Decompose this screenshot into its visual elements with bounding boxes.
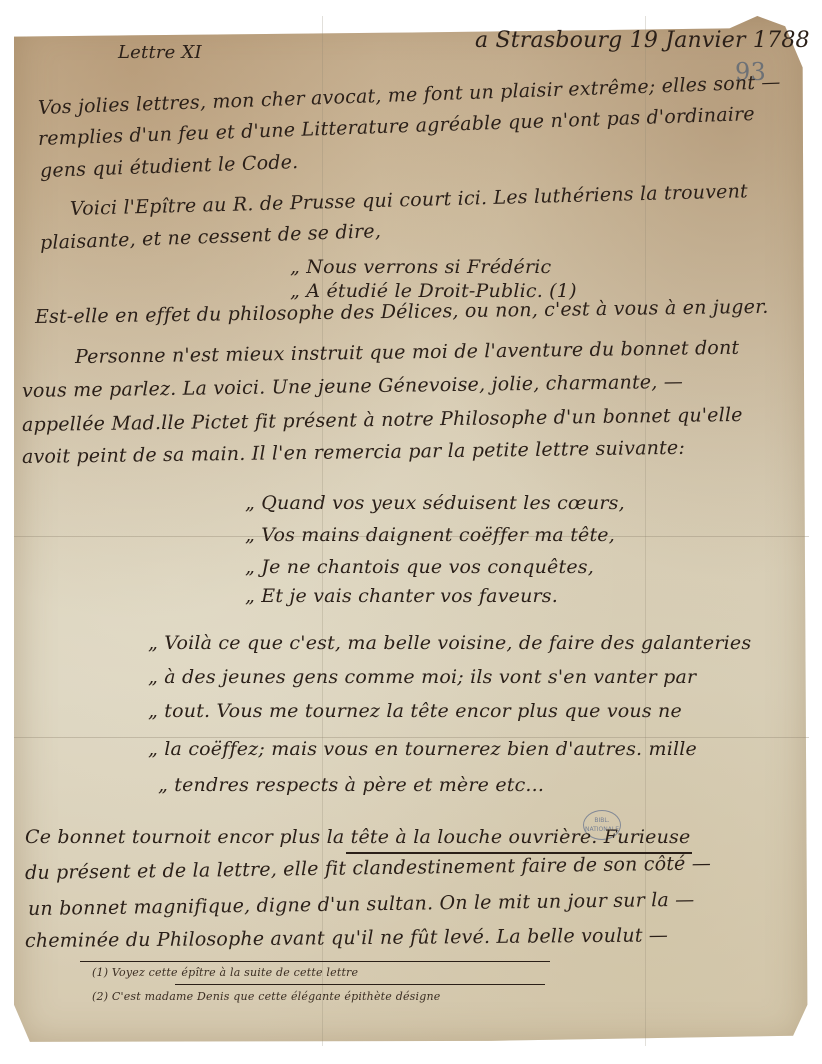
stamp-text: BIBL. bbox=[584, 816, 620, 825]
footnote: (2) C'est madame Denis que cette élégant… bbox=[92, 990, 440, 1003]
poem-line: „ Vos mains daignent coëffer ma tête, bbox=[245, 524, 615, 546]
place-date: a Strasbourg 19 Janvier 1788 bbox=[475, 28, 810, 53]
poem-line: „ Je ne chantois que vos conquêtes, bbox=[245, 556, 594, 578]
quoted-line: „ tendres respects à père et mère etc... bbox=[158, 774, 544, 796]
text-line: Ce bonnet tournoit encor plus la tête à … bbox=[25, 826, 690, 848]
poem-line: „ Quand vos yeux séduisent les cœurs, bbox=[245, 492, 625, 514]
verse-line: „ Nous verrons si Frédéric bbox=[290, 256, 551, 278]
poem-line: „ Et je vais chanter vos faveurs. bbox=[245, 585, 558, 607]
quoted-line: „ à des jeunes gens comme moi; ils vont … bbox=[148, 666, 696, 688]
quoted-line: „ Voilà ce que c'est, ma belle voisine, … bbox=[148, 632, 751, 654]
quoted-line: „ tout. Vous me tournez la tête encor pl… bbox=[148, 700, 682, 722]
footnote-separator bbox=[80, 961, 550, 962]
footnote: (1) Voyez cette épître à la suite de cet… bbox=[92, 966, 358, 979]
letter-number: Lettre XI bbox=[118, 42, 202, 63]
footnote-separator bbox=[175, 984, 545, 985]
quoted-line: „ la coëffez; mais vous en tournerez bie… bbox=[148, 738, 697, 760]
